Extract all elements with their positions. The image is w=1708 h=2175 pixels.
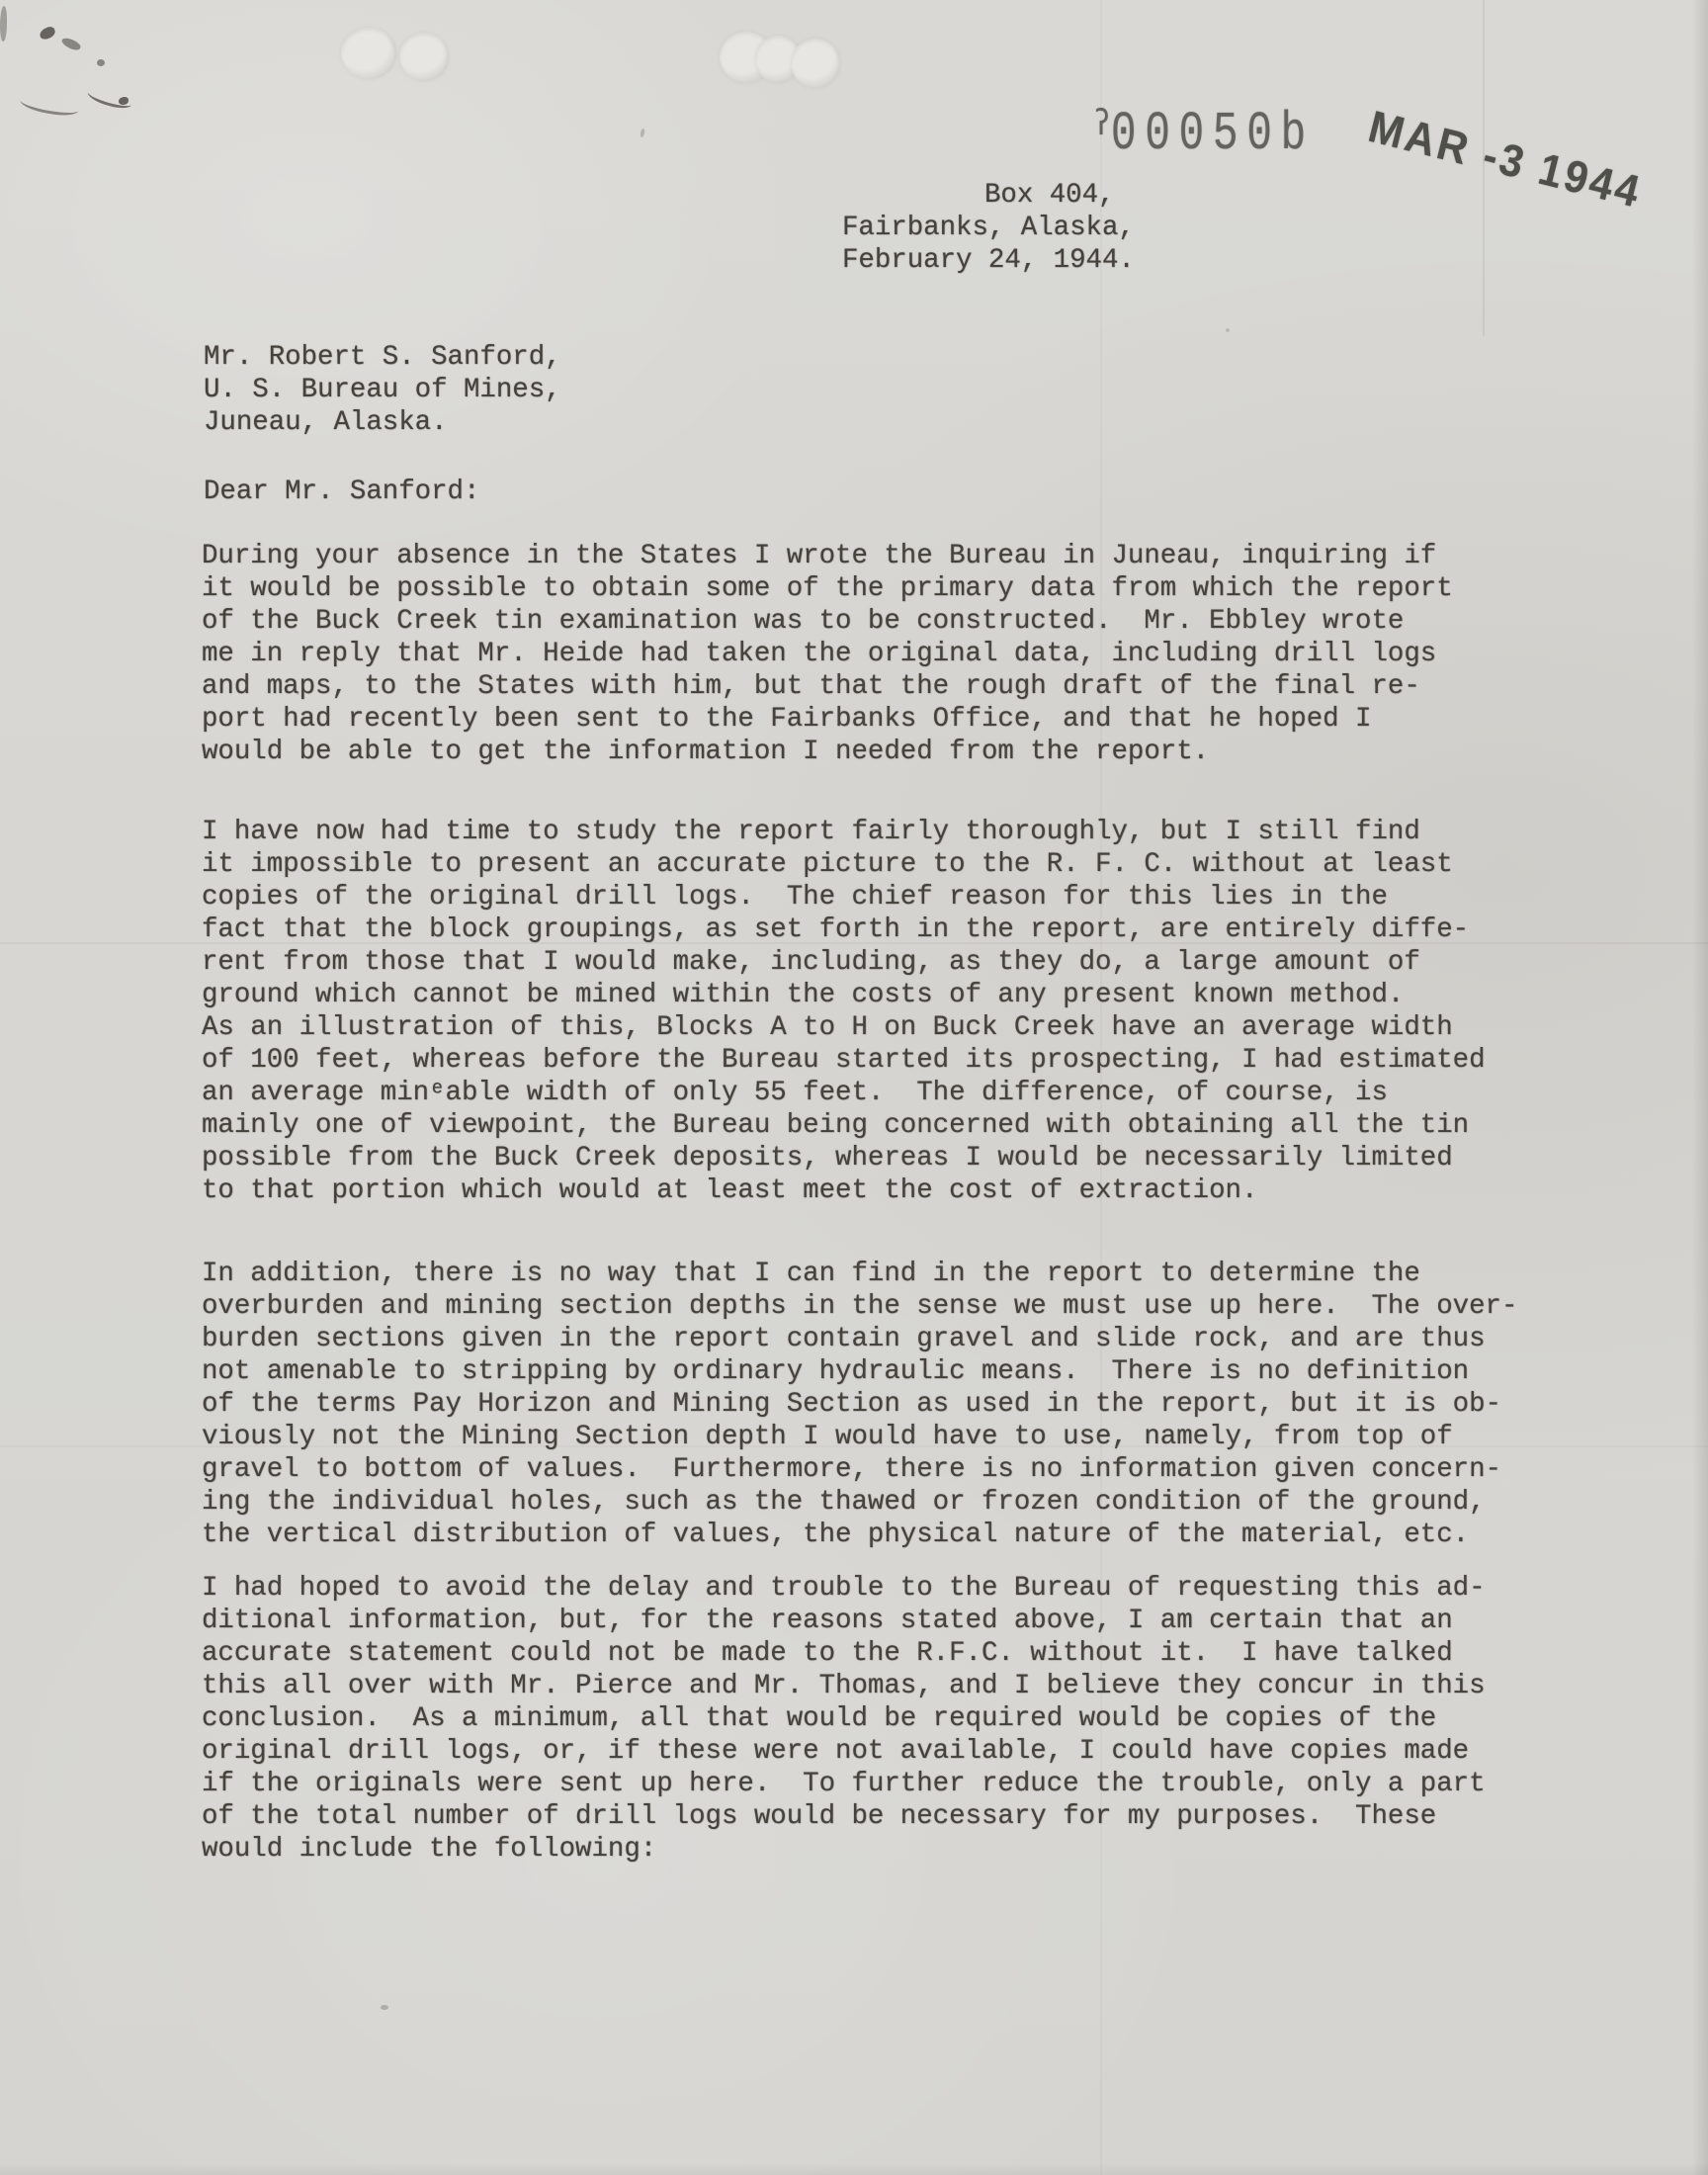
text-line: fact that the block groupings, as set fo… — [202, 913, 1486, 946]
text-line: of the terms Pay Horizon and Mining Sect… — [202, 1388, 1517, 1421]
serial-number-stamp: ʔ00050b — [1095, 103, 1315, 165]
ink-smudge — [19, 92, 80, 119]
stamp-prefix-mark: ʔ — [1095, 103, 1111, 143]
text-line: I have now had time to study the report … — [202, 816, 1486, 848]
ink-smudge — [39, 26, 57, 42]
received-date-stamp: MAR -3 1944 — [1363, 101, 1647, 218]
text-line: of the Buck Creek tin examination was to… — [202, 605, 1453, 638]
punch-hole — [399, 33, 449, 81]
ink-speck — [1226, 328, 1230, 332]
text-line: accurate statement could not be made to … — [202, 1637, 1486, 1670]
text-line: original drill logs, or, if these were n… — [202, 1735, 1486, 1768]
paragraph-1: During your absence in the States I wrot… — [202, 540, 1453, 768]
text-line: of 100 feet, whereas before the Bureau s… — [202, 1044, 1486, 1077]
recipient-address: Mr. Robert S. Sanford,U. S. Bureau of Mi… — [204, 341, 561, 439]
ink-smudge — [0, 6, 7, 42]
text-line: the vertical distribution of values, the… — [202, 1519, 1517, 1551]
ink-smudge — [60, 36, 82, 52]
text-line: burden sections given in the report cont… — [202, 1323, 1517, 1355]
ink-speck — [381, 2005, 388, 2010]
text-line: overburden and mining section depths in … — [202, 1290, 1517, 1323]
ink-speck — [640, 129, 645, 138]
text-line: conclusion. As a minimum, all that would… — [202, 1702, 1486, 1735]
text-line: mainly one of viewpoint, the Bureau bein… — [202, 1109, 1486, 1142]
heading-city-line: Fairbanks, Alaska, — [842, 212, 1135, 244]
text-line: gravel to bottom of values. Furthermore,… — [202, 1453, 1517, 1486]
text-line: ground which cannot be mined within the … — [202, 979, 1486, 1011]
text-line: Juneau, Alaska. — [204, 406, 561, 439]
text-line: if the originals were sent up here. To f… — [202, 1768, 1486, 1800]
scan-edge-shadow — [0, 2163, 1708, 2175]
text-line: viously not the Mining Section depth I w… — [202, 1421, 1517, 1453]
scan-edge-shadow — [1692, 0, 1708, 2175]
letter-page: ʔ00050b MAR -3 1944 Box 404, Fairbanks, … — [0, 0, 1708, 2175]
text-line: me in reply that Mr. Heide had taken the… — [202, 638, 1453, 670]
text-line: of the total number of drill logs would … — [202, 1800, 1486, 1833]
punch-hole — [341, 28, 396, 79]
text-line: I had hoped to avoid the delay and troub… — [202, 1572, 1486, 1605]
text-line: to that portion which would at least mee… — [202, 1174, 1486, 1207]
text-line: During your absence in the States I wrot… — [202, 540, 1453, 572]
text-line: Mr. Robert S. Sanford, — [204, 341, 561, 374]
paragraph-4: I had hoped to avoid the delay and troub… — [202, 1572, 1486, 1866]
text-line: an average minᵉable width of only 55 fee… — [202, 1077, 1486, 1109]
text-line: would be able to get the information I n… — [202, 736, 1453, 768]
heading-box-line: Box 404, — [984, 179, 1115, 212]
text-line: this all over with Mr. Pierce and Mr. Th… — [202, 1670, 1486, 1702]
text-line: possible from the Buck Creek deposits, w… — [202, 1142, 1486, 1174]
text-line: In addition, there is no way that I can … — [202, 1258, 1517, 1290]
punch-hole — [791, 39, 840, 88]
salutation: Dear Mr. Sanford: — [204, 476, 479, 508]
paragraph-2: I have now had time to study the report … — [202, 816, 1486, 1207]
stamp-number: 00050b — [1111, 103, 1315, 165]
text-line: it would be possible to obtain some of t… — [202, 572, 1453, 605]
text-line: copies of the original drill logs. The c… — [202, 881, 1486, 913]
text-line: As an illustration of this, Blocks A to … — [202, 1011, 1486, 1044]
text-line: ing the individual holes, such as the th… — [202, 1486, 1517, 1519]
text-line: not amenable to stripping by ordinary hy… — [202, 1355, 1517, 1388]
text-line: would include the following: — [202, 1833, 1486, 1866]
text-line: it impossible to present an accurate pic… — [202, 848, 1486, 881]
text-line: U. S. Bureau of Mines, — [204, 374, 561, 406]
text-line: rent from those that I would make, inclu… — [202, 946, 1486, 979]
heading-date-line: February 24, 1944. — [842, 244, 1135, 277]
text-line: ditional information, but, for the reaso… — [202, 1605, 1486, 1637]
ink-speck — [97, 59, 105, 66]
text-line: and maps, to the States with him, but th… — [202, 670, 1453, 703]
paragraph-3: In addition, there is no way that I can … — [202, 1258, 1517, 1551]
text-line: port had recently been sent to the Fairb… — [202, 703, 1453, 736]
